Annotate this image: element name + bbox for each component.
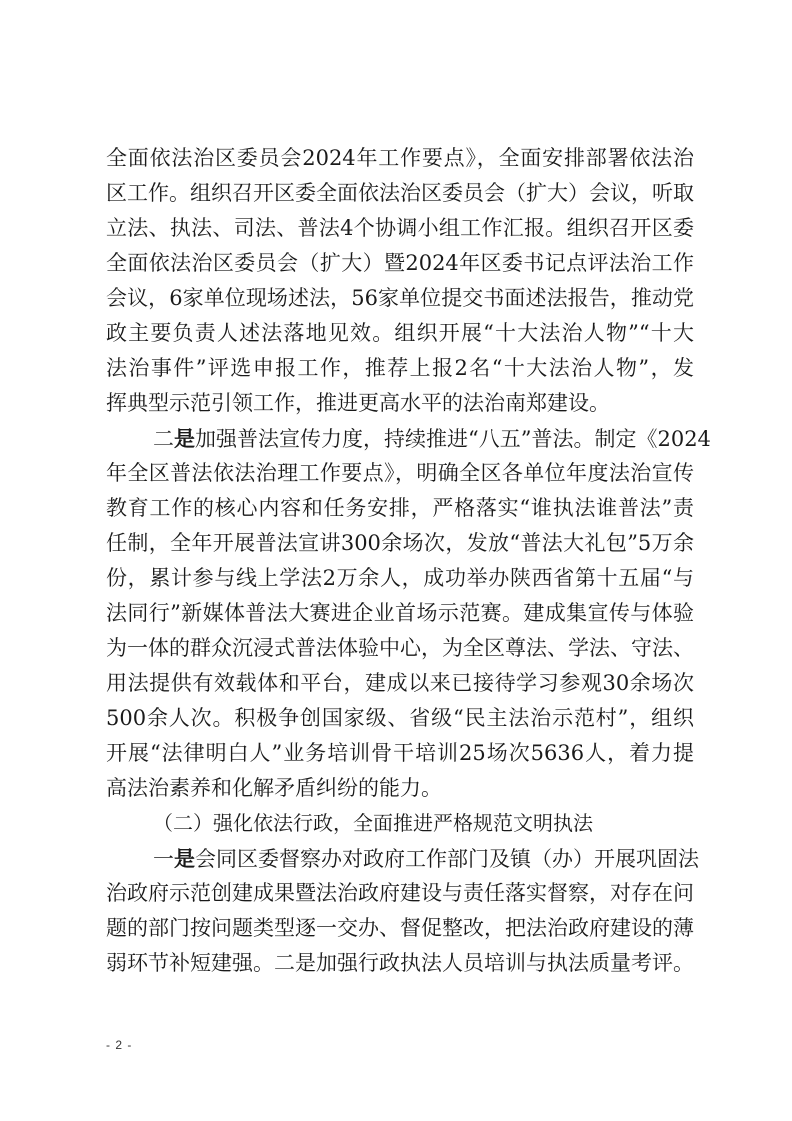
text-line: 题的部门按问题类型逐一交办、督促整改，把法治政府建设的薄 (106, 911, 694, 946)
text-line: 为一体的群众沉浸式普法体验中心，为全区尊法、学法、守法、 (106, 631, 694, 666)
first-line-text: 会同区委督察办对政府工作部门及镇（办）开展巩固法 (195, 847, 699, 871)
page-number: - 2 - (106, 1038, 132, 1052)
text-line: 份，累计参与线上学法2万余人，成功举办陕西省第十五届“与 (106, 561, 694, 596)
lead-bold-marker: 是 (174, 426, 195, 451)
text-line: 治政府示范创建成果暨法治政府建设与责任落实督察，对存在问 (106, 876, 694, 911)
text-line: 开展“法律明白人”业务培训骨干培训25场次5636人，着力提 (106, 736, 694, 771)
text-line: 高法治素养和化解矛盾纠纷的能力。 (106, 771, 694, 806)
document-page: 全面依法治区委员会2024年工作要点》，全面安排部署依法治 区工作。组织召开区委… (0, 0, 792, 1121)
text-line: 年全区普法依法治理工作要点》，明确全区各单位年度法治宣传 (106, 456, 694, 491)
text-line: 500余人次。积极争创国家级、省级“民主法治示范村”，组织 (106, 701, 694, 736)
text-line: 全面依法治区委员会（扩大）暨2024年区委书记点评法治工作 (106, 246, 694, 281)
paragraph-rule-of-law-committee: 全面依法治区委员会2024年工作要点》，全面安排部署依法治 区工作。组织召开区委… (106, 141, 694, 421)
text-line: 弱环节补短建强。二是加强行政执法人员培训与执法质量考评。 (106, 946, 694, 981)
text-line: 法同行”新媒体普法大赛进企业首场示范赛。建成集宣传与体验 (106, 596, 694, 631)
text-line: 会议，6家单位现场述法，56家单位提交书面述法报告，推动党 (106, 281, 694, 316)
text-line: 用法提供有效载体和平台，建成以来已接待学习参观30余场次 (106, 666, 694, 701)
paragraph-first-line: 二是加强普法宣传力度，持续推进“八五”普法。制定《2024 (106, 421, 694, 456)
section-heading: （二）强化依法行政，全面推进严格规范文明执法 (106, 806, 694, 841)
document-body: 全面依法治区委员会2024年工作要点》，全面安排部署依法治 区工作。组织召开区委… (106, 141, 694, 981)
paragraph-first-line: 一是会同区委督察办对政府工作部门及镇（办）开展巩固法 (106, 841, 694, 876)
lead-prefix: 二 (153, 427, 174, 451)
text-line: 政主要负责人述法落地见效。组织开展“十大法治人物”“十大 (106, 316, 694, 351)
text-line: 法治事件”评选申报工作，推荐上报2名“十大法治人物”，发 (106, 351, 694, 386)
text-line: 教育工作的核心内容和任务安排，严格落实“谁执法谁普法”责 (106, 491, 694, 526)
text-line: 挥典型示范引领工作，推进更高水平的法治南郑建设。 (106, 386, 694, 421)
first-line-text: 加强普法宣传力度，持续推进“八五”普法。制定《2024 (195, 427, 711, 451)
lead-prefix: 一 (153, 847, 174, 871)
text-line: 任制，全年开展普法宣讲300余场次，发放“普法大礼包”5万余 (106, 526, 694, 561)
text-line: 全面依法治区委员会2024年工作要点》，全面安排部署依法治 (106, 141, 694, 176)
lead-bold-marker: 是 (174, 846, 195, 871)
paragraph-legal-publicity: 二是加强普法宣传力度，持续推进“八五”普法。制定《2024 年全区普法依法治理工… (106, 421, 694, 806)
text-line: 区工作。组织召开区委全面依法治区委员会（扩大）会议，听取 (106, 176, 694, 211)
paragraph-law-based-administration: 一是会同区委督察办对政府工作部门及镇（办）开展巩固法 治政府示范创建成果暨法治政… (106, 841, 694, 981)
text-line: 立法、执法、司法、普法4个协调小组工作汇报。组织召开区委 (106, 211, 694, 246)
